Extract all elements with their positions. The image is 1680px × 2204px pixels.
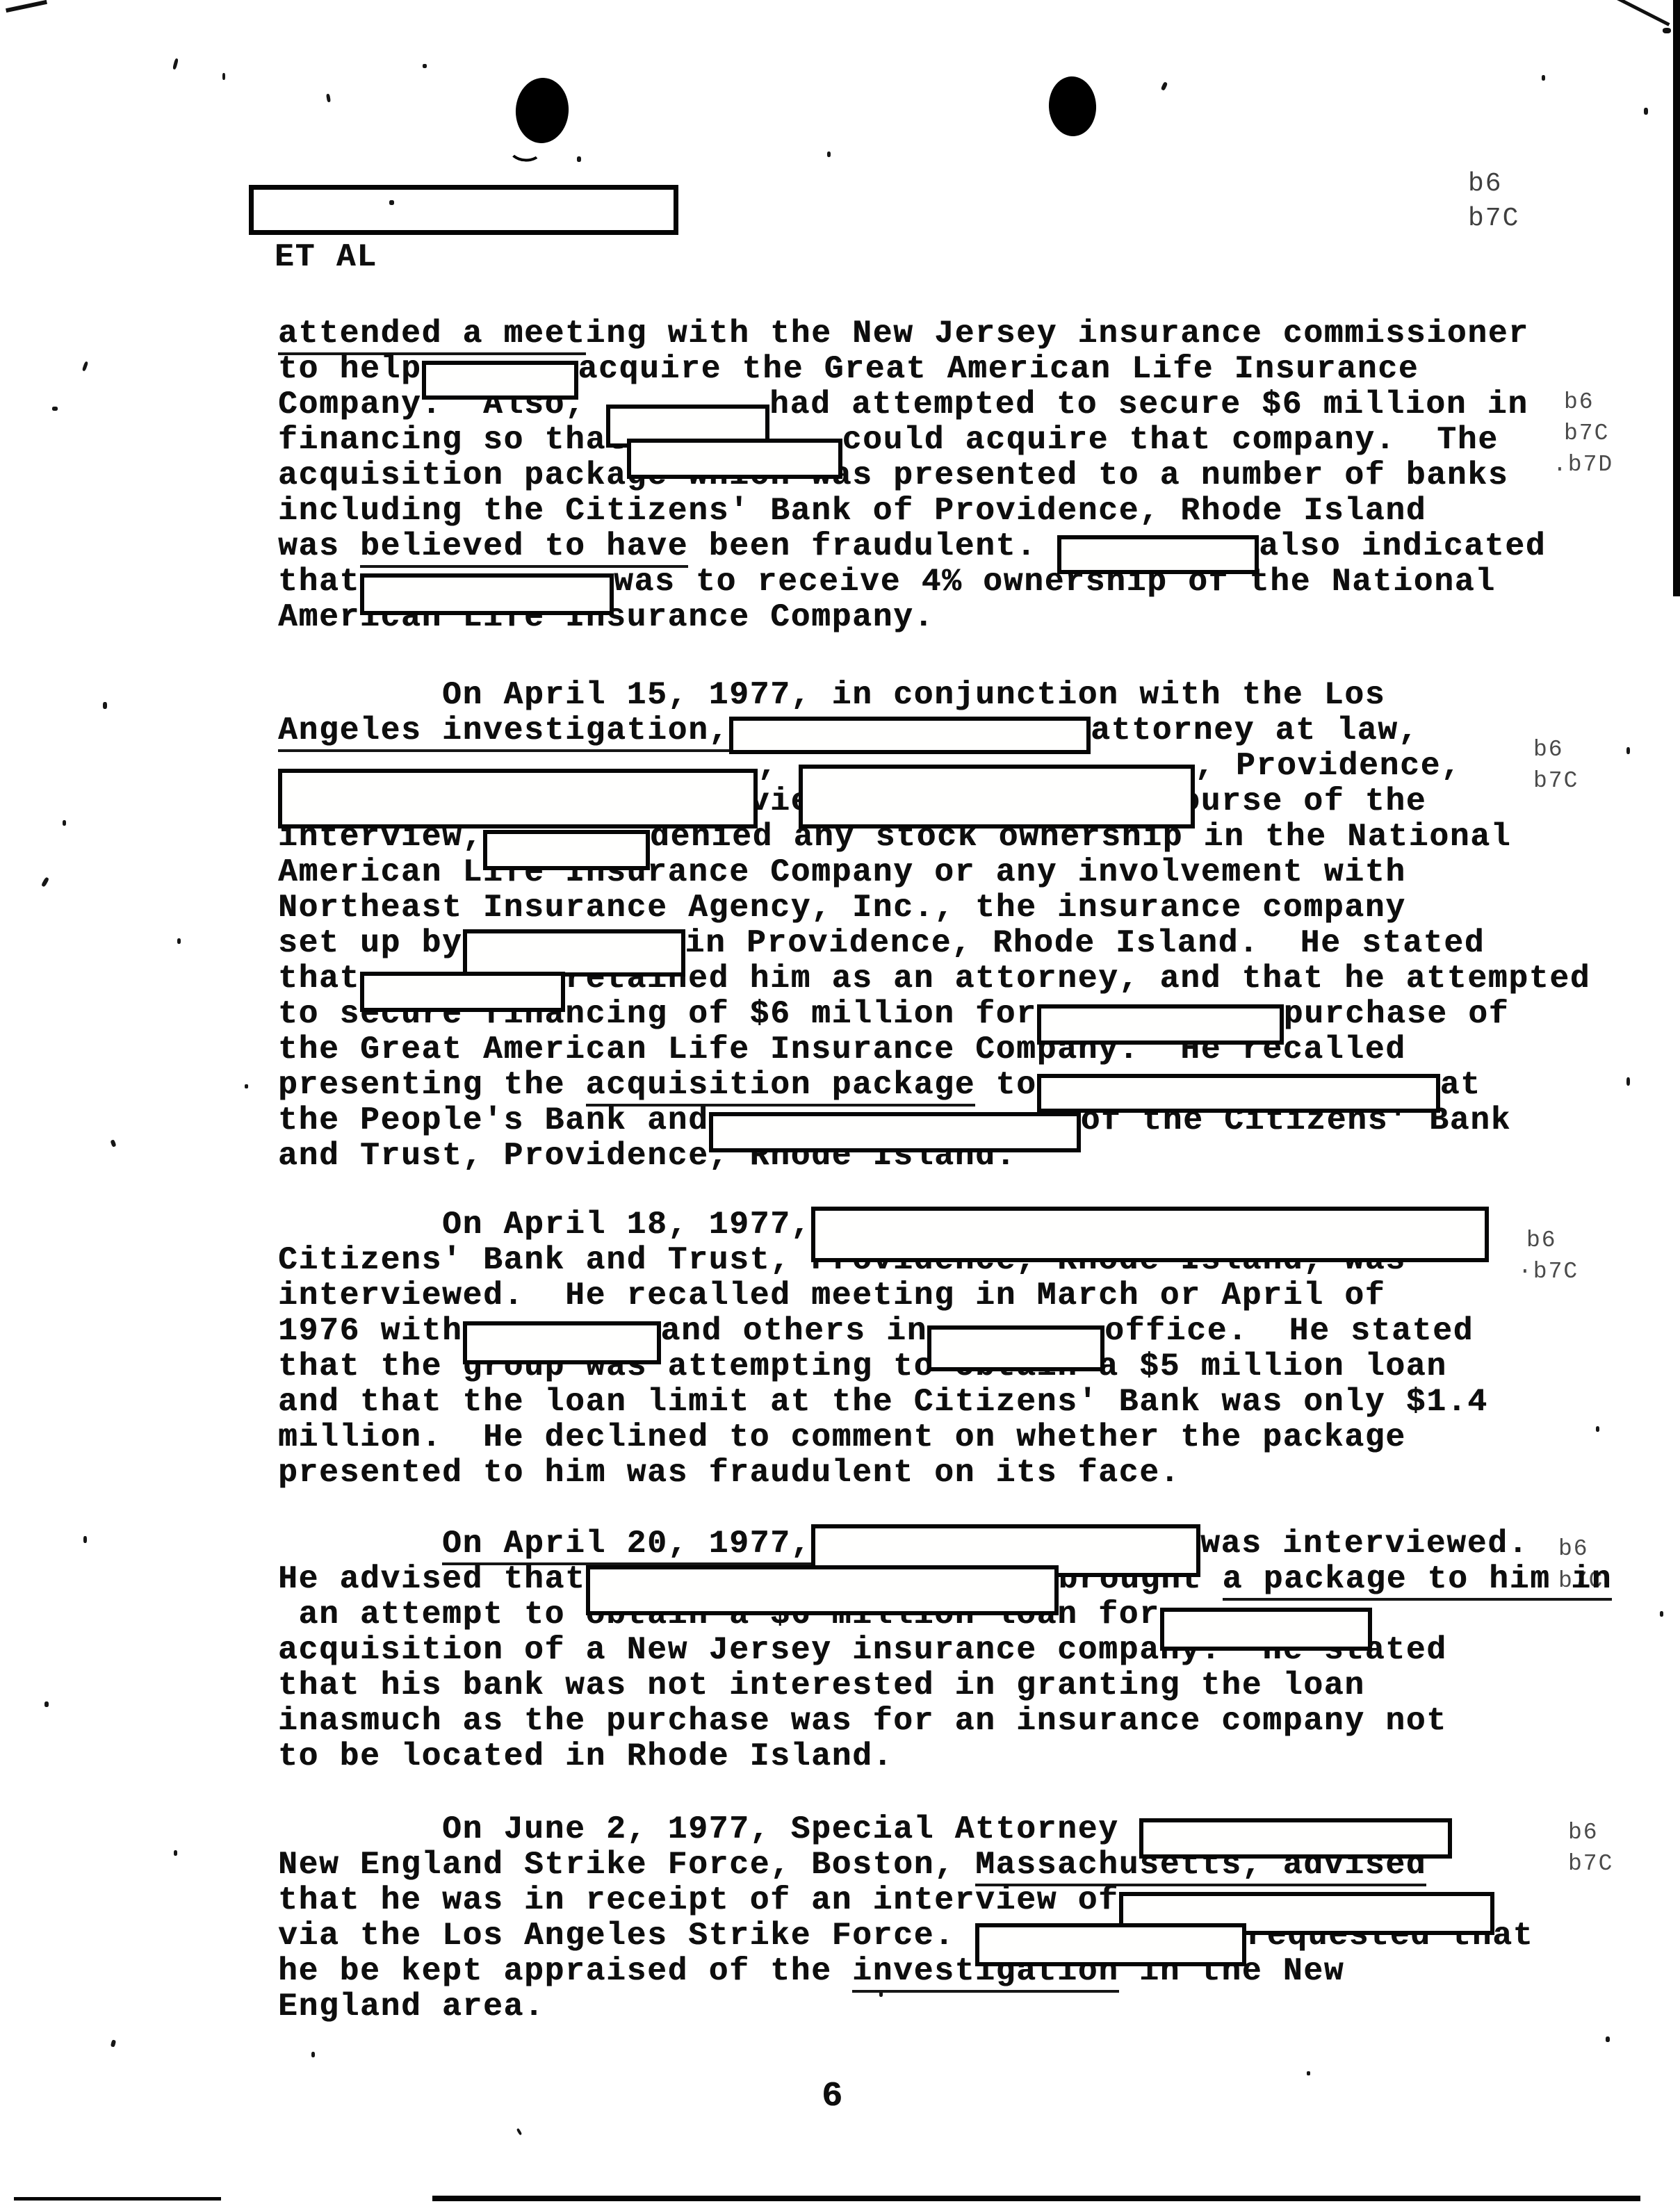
ink-speck [1606, 2036, 1610, 2042]
doc-text: that [278, 961, 360, 997]
doc-text: attorney at law, [1091, 712, 1419, 749]
paragraph-2: On April 15, 1977, in conjunction with t… [278, 678, 1590, 1174]
doc-text: ing with the New Jersey insurance commis… [586, 316, 1529, 352]
ink-speck [1542, 75, 1545, 81]
doc-line: was believed to have been fraudulent. al… [278, 529, 1546, 564]
doc-text: retained him as an attorney, and that he… [565, 961, 1590, 997]
doc-text: set up by [278, 925, 463, 961]
redaction-box [422, 361, 578, 400]
ink-speck [245, 1084, 248, 1088]
doc-line: acquisition of a New Jersey insurance co… [278, 1633, 1612, 1668]
classification-code: b6 [1468, 167, 1519, 202]
doc-line: England area. [278, 1989, 1533, 2025]
ink-speck [83, 1536, 87, 1543]
ink-speck [1660, 1611, 1663, 1617]
ink-speck [326, 94, 331, 103]
ink-speck [103, 702, 107, 709]
redaction-box [360, 972, 565, 1012]
ink-scratch [1663, 28, 1671, 33]
doc-text [278, 1526, 442, 1562]
ink-speck [1596, 1426, 1599, 1432]
underlined-text: believed to have [360, 528, 688, 568]
doc-line: and that the loan limit at the Citizens'… [278, 1385, 1489, 1420]
underlined-text: attended a meet [278, 316, 586, 355]
doc-text: acquire the Great American Life Insuranc… [578, 351, 1419, 387]
margin-code-group: b6b7C.b7D [1564, 386, 1613, 480]
doc-line: 1976 withand others inoffice. He stated [278, 1314, 1489, 1349]
doc-text: was to receive 4% ownership of the Natio… [614, 564, 1496, 600]
underlined-text: a package to him in [1223, 1561, 1613, 1601]
ink-speck [110, 1139, 116, 1147]
doc-line: On June 2, 1977, Special Attorney [278, 1812, 1533, 1847]
ink-speck [516, 2128, 522, 2136]
redaction-box [927, 1325, 1104, 1371]
ink-speck [879, 1991, 883, 1997]
underlined-text: On April 20, 1977, [442, 1526, 811, 1565]
doc-line: set up byin Providence, Rhode Island. He… [278, 926, 1590, 961]
margin-code-group: b6b7C [1568, 1817, 1613, 1879]
redaction-box [729, 717, 1091, 754]
paragraph-1: attended a meeting with the New Jersey i… [278, 316, 1546, 635]
doc-text: Northeast Insurance Agency, Inc., the in… [278, 890, 1406, 926]
doc-text: to help [278, 351, 422, 387]
ink-speck [222, 73, 225, 80]
ink-speck [174, 1850, 177, 1856]
doc-text: million. He declined to comment on wheth… [278, 1419, 1406, 1455]
redaction-box [1037, 1074, 1440, 1113]
ink-speck [1161, 81, 1168, 90]
redaction-box [1057, 535, 1259, 574]
scan-edge-artifact [14, 2197, 221, 2201]
classification-code: b7C [1568, 1848, 1613, 1879]
doc-line: Northeast Insurance Agency, Inc., the in… [278, 890, 1590, 926]
classification-code: ·b7C [1518, 1256, 1579, 1287]
ink-speck [423, 64, 427, 68]
classification-code: b6 [1568, 1817, 1613, 1848]
redaction-box [709, 1112, 1081, 1152]
ink-speck [389, 200, 394, 205]
ink-speck [577, 156, 581, 162]
redaction-box [1037, 1004, 1284, 1045]
doc-line: to be located in Rhode Island. [278, 1739, 1612, 1774]
doc-line: that the group was attempting to obtain … [278, 1349, 1489, 1385]
paragraph-5: On June 2, 1977, Special Attorney New En… [278, 1812, 1533, 2025]
classification-code: b7C [1564, 418, 1613, 449]
doc-text: in Providence, Rhode Island. He stated [685, 925, 1485, 961]
doc-text: New England Strike Force, Boston, [278, 1847, 975, 1883]
doc-line: that his bank was not interested in gran… [278, 1668, 1612, 1704]
ink-speck [311, 2052, 315, 2057]
doc-line: Angeles investigation,attorney at law, [278, 713, 1590, 749]
redaction-box [463, 1321, 661, 1364]
doc-line: On April 15, 1977, in conjunction with t… [278, 678, 1590, 713]
doc-line: million. He declined to comment on wheth… [278, 1420, 1489, 1455]
doc-text: had attempted to secure $6 million in [769, 386, 1528, 423]
redaction-box [249, 185, 678, 235]
doc-text: interviewed. He recalled meeting in Marc… [278, 1277, 1385, 1314]
punch-hole-mark [1047, 75, 1098, 137]
doc-text: England area. [278, 1989, 545, 2025]
doc-text: 1976 with [278, 1313, 463, 1349]
doc-text: inasmuch as the purchase was for an insu… [278, 1703, 1447, 1739]
doc-text: and that the loan limit at the Citizens'… [278, 1384, 1488, 1420]
redaction-box [799, 765, 1195, 828]
doc-text: via the Los Angeles Strike Force. [278, 1918, 975, 1954]
scan-edge-artifact [1673, 0, 1680, 596]
ink-speck [82, 361, 88, 372]
page-number: 6 [822, 2077, 842, 2116]
doc-text: to be located in Rhode Island. [278, 1738, 893, 1774]
redaction-box [811, 1207, 1489, 1262]
doc-text: was interviewed. [1200, 1526, 1528, 1562]
ink-speck [172, 58, 179, 70]
ink-speck [52, 407, 58, 411]
margin-code-group: b6b7C [1468, 167, 1519, 236]
scanned-document-page: ET AL b6b7C b6b7C.b7D b6b7C b6·b7C b6b7C… [0, 0, 1680, 2204]
doc-line: inasmuch as the purchase was for an insu… [278, 1704, 1612, 1739]
ink-speck [1644, 108, 1648, 115]
ink-speck [1626, 1077, 1630, 1086]
classification-code: .b7D [1553, 449, 1613, 480]
doc-line: that he was in receipt of an interview o… [278, 1883, 1533, 1918]
doc-text: that his bank was not interested in gran… [278, 1667, 1365, 1704]
doc-text: also indicated [1259, 528, 1546, 564]
doc-text: could acquire that company. The [842, 422, 1499, 458]
doc-text: to [975, 1067, 1037, 1103]
redaction-box [360, 573, 614, 615]
classification-code: b7C [1468, 202, 1519, 236]
doc-line: presented to him was fraudulent on its f… [278, 1455, 1489, 1491]
doc-text: acquisition package which was presented … [278, 457, 1508, 493]
ink-speck [111, 2039, 116, 2047]
redaction-box [586, 1565, 1059, 1615]
punch-hole-mark [514, 76, 571, 145]
doc-line: interviewed. He recalled meeting in Marc… [278, 1278, 1489, 1314]
redaction-box [1139, 1818, 1452, 1859]
doc-text: the People's Bank and [278, 1102, 709, 1138]
doc-line: he be kept appraised of the investigatio… [278, 1954, 1533, 1989]
paragraph-4: On April 20, 1977,was interviewed.He adv… [278, 1526, 1612, 1774]
ink-speck [827, 152, 831, 157]
et-al-label: ET AL [275, 239, 377, 275]
doc-line: the Great American Life Insurance Compan… [278, 1032, 1590, 1068]
doc-line: He advised thatbrought a package to him … [278, 1562, 1612, 1597]
doc-text: been fraudulent. [688, 528, 1057, 564]
doc-text: that [278, 564, 360, 600]
doc-line: On April 20, 1977,was interviewed. [278, 1526, 1612, 1562]
underlined-text: acquisition package [586, 1067, 976, 1107]
classification-code: b6 [1526, 1225, 1579, 1256]
doc-text: , Providence, [1195, 748, 1462, 784]
doc-text: purchase of [1284, 996, 1510, 1032]
ink-scratch [1616, 0, 1670, 26]
classification-code: b6 [1564, 386, 1613, 418]
doc-text: American Life Insurance Company or any i… [278, 854, 1406, 890]
doc-line: presenting the acquisition package toat [278, 1068, 1590, 1103]
doc-line: attended a meeting with the New Jersey i… [278, 316, 1546, 352]
ink-speck [63, 820, 66, 826]
doc-line: acquisition package which was presented … [278, 458, 1546, 493]
ink-speck [44, 1701, 49, 1707]
doc-text: including the Citizens' Bank of Providen… [278, 493, 1426, 529]
doc-text: On June 2, 1977, Special Attorney [278, 1811, 1139, 1847]
redaction-box [483, 830, 650, 870]
doc-text: presented to him was fraudulent on its f… [278, 1455, 1180, 1491]
doc-text: office. He stated [1104, 1313, 1474, 1349]
doc-text: On April 18, 1977, [278, 1207, 811, 1243]
ink-speck [1307, 2071, 1310, 2075]
doc-text: at [1440, 1067, 1481, 1103]
ink-speck [41, 876, 49, 887]
doc-line: American Life Insurance Company or any i… [278, 855, 1590, 890]
redaction-box [627, 439, 842, 479]
doc-line: including the Citizens' Bank of Providen… [278, 493, 1546, 529]
doc-text: that he was in receipt of an interview o… [278, 1882, 1119, 1918]
redaction-box [1160, 1608, 1372, 1651]
doc-text: On April 15, 1977, in conjunction with t… [278, 677, 1385, 713]
scan-edge-artifact [432, 2196, 1640, 2201]
doc-text: and others in [661, 1313, 928, 1349]
doc-line: financing so thatcould acquire that comp… [278, 423, 1546, 458]
doc-text: financing so that [278, 422, 627, 458]
ink-speck [1626, 747, 1630, 754]
redaction-box [975, 1923, 1246, 1966]
doc-line: thatwas to receive 4% ownership of the N… [278, 564, 1546, 600]
ink-speck [177, 938, 181, 944]
ink-scratch [6, 0, 47, 13]
doc-text: he be kept appraised of the [278, 1953, 852, 1989]
redaction-box [463, 929, 685, 977]
doc-line: On April 18, 1977, [278, 1207, 1489, 1243]
doc-text: presenting the [278, 1067, 586, 1103]
paragraph-3: On April 18, 1977,Citizens' Bank and Tru… [278, 1207, 1489, 1491]
redaction-box [278, 769, 758, 828]
margin-code-group: b6·b7C [1526, 1225, 1579, 1287]
doc-text: He advised that [278, 1561, 586, 1597]
doc-text: was [278, 528, 360, 564]
underlined-text: Angeles investigation, [278, 712, 729, 752]
doc-line: to helpacquire the Great American Life I… [278, 352, 1546, 387]
doc-text: that the group was attempting to obtain … [278, 1348, 1447, 1385]
